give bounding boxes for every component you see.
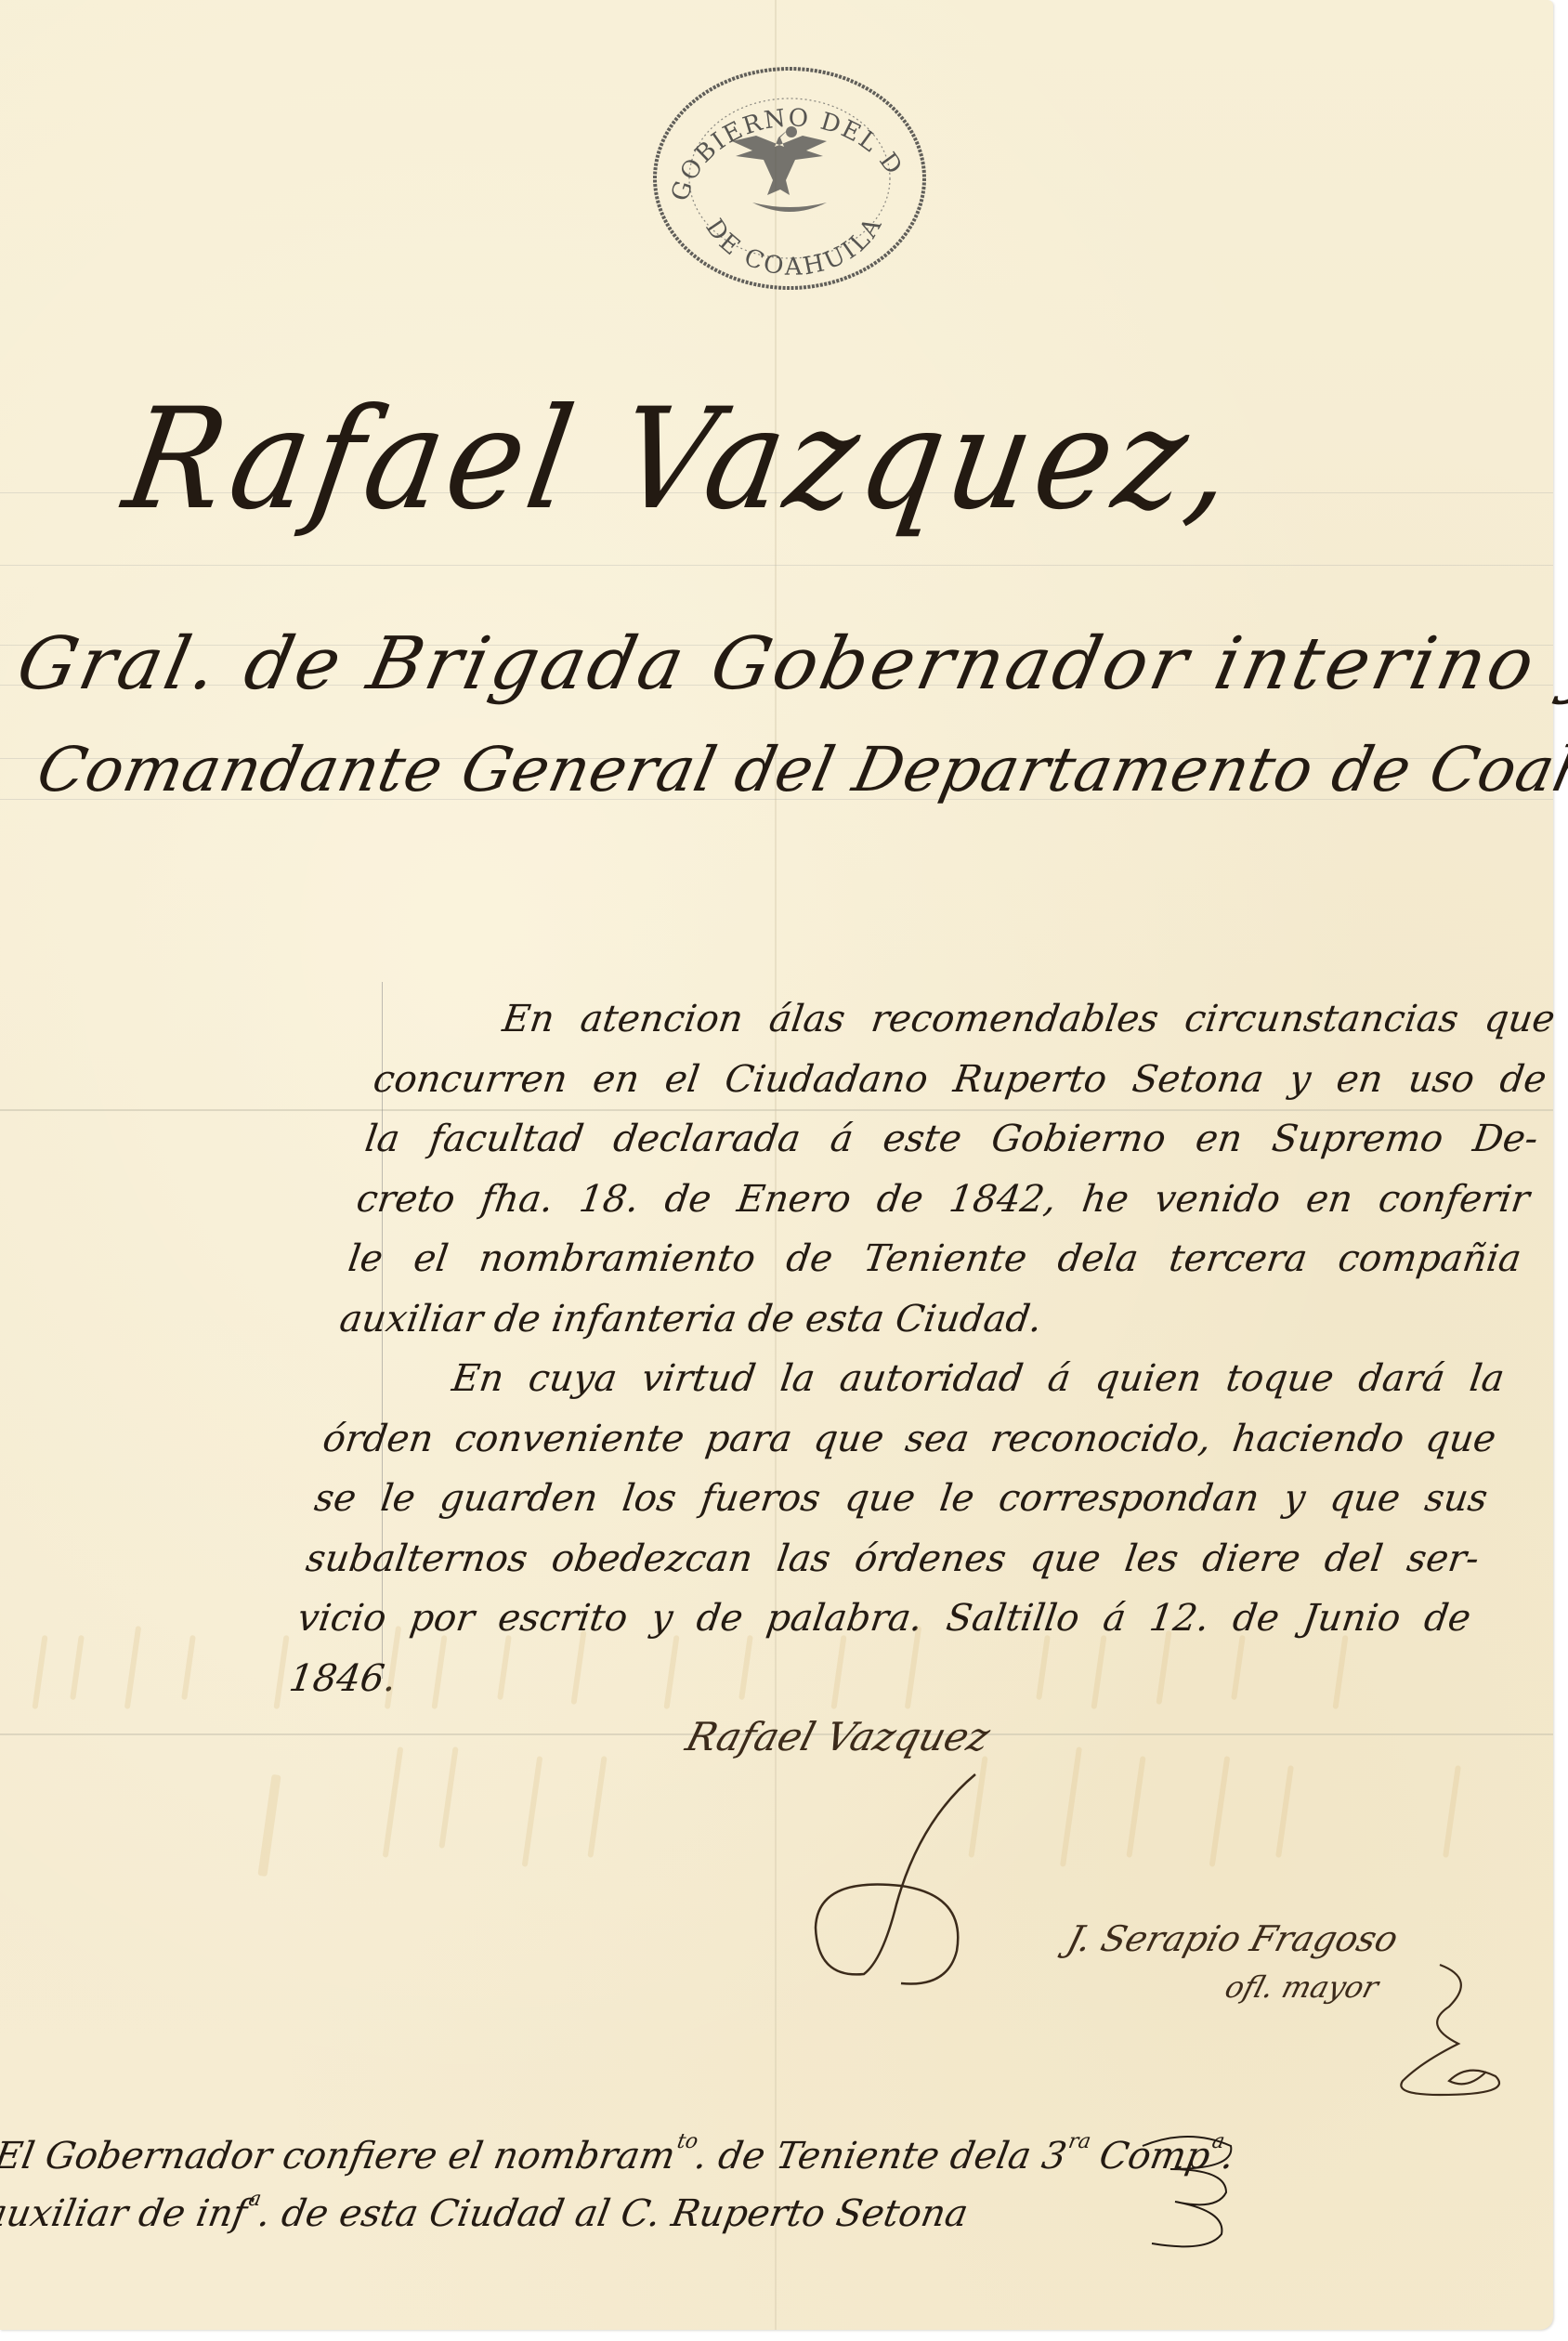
- body-line: creto fha. 18. de Enero de 1842, he veni…: [353, 1170, 1534, 1230]
- governor-rubric-flourish: [808, 1765, 994, 1988]
- secretary-title: ofl. mayor: [1222, 1969, 1382, 2005]
- body-line: 1846.: [285, 1649, 1466, 1709]
- summary-annotation: El Gobernador confiere el nombramto. de …: [0, 2127, 1239, 2243]
- body-line: subalternos obedezcan las órdenes que le…: [302, 1529, 1483, 1589]
- body-line: En atencion álas recomendables circunsta…: [378, 989, 1559, 1050]
- heading-rank-title: Gral. de Brigada Gobernador interino y: [10, 622, 1568, 706]
- ruled-line: [0, 565, 1553, 566]
- body-line: órden conveniente para que sea reconocid…: [319, 1409, 1499, 1470]
- secretary-signature: J. Serapio Fragoso: [1063, 1918, 1403, 1959]
- summary-line-2: auxiliar de infa. de esta Ciudad al C. R…: [0, 2185, 1229, 2243]
- government-seal: GOBIERNO DEL DEPARTAMENTO DE COAHUILA: [650, 63, 929, 294]
- secretary-rubric-flourish: [1384, 1960, 1523, 2099]
- governor-signature: Rafael Vazquez: [681, 1714, 995, 1759]
- body-line: En cuya virtud la autoridad á quien toqu…: [328, 1349, 1509, 1409]
- body-line: auxiliar de infanteria de esta Ciudad.: [336, 1289, 1517, 1350]
- body-line: concurren en el Ciudadano Ruperto Setona…: [370, 1050, 1550, 1110]
- heading-command-title: Comandante General del Departamento de C…: [32, 734, 1568, 805]
- body-line: se le guarden los fueros que le correspo…: [310, 1469, 1491, 1529]
- summary-line-1: El Gobernador confiere el nombramto. de …: [0, 2127, 1239, 2185]
- body-line: le el nombramiento de Teniente dela terc…: [345, 1229, 1525, 1289]
- body-paragraph: En atencion álas recomendables circunsta…: [285, 989, 1559, 1708]
- document-paper: GOBIERNO DEL DEPARTAMENTO DE COAHUILA Ra…: [0, 0, 1553, 2330]
- summary-rubric-flourish: [1133, 2127, 1245, 2257]
- body-line: la facultad declarada á este Gobierno en…: [361, 1109, 1542, 1170]
- seal-eagle-icon: GOBIERNO DEL DEPARTAMENTO DE COAHUILA: [650, 63, 929, 294]
- heading-name: Rafael Vazquez,: [117, 390, 1248, 530]
- body-line: vicio por escrito y de palabra. Saltillo…: [294, 1589, 1474, 1649]
